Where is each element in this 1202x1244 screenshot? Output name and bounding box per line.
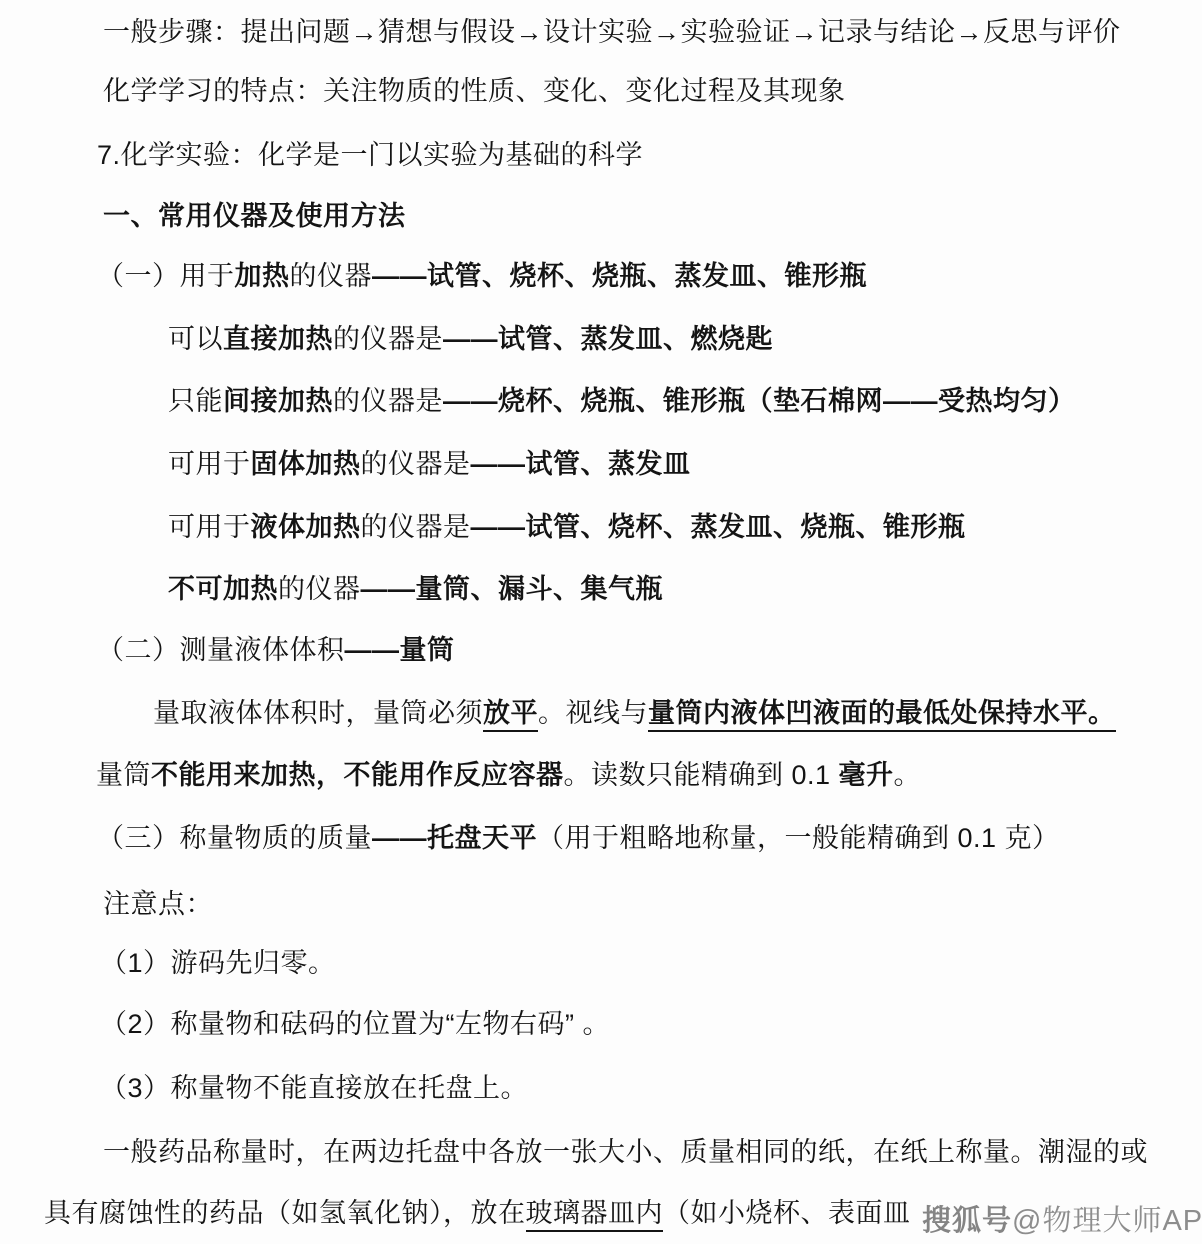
- text-segment: （2）称量物和砝码的位置为“左物右码” 。: [100, 1009, 610, 1039]
- text-segment: 可用于: [168, 512, 251, 542]
- text-segment-bold: 固体加热: [251, 449, 361, 479]
- text-segment: 。视线与: [538, 698, 648, 728]
- text-segment-bold: ——烧杯、烧瓶、锥形瓶（垫石棉网——受热均匀）: [443, 386, 1076, 416]
- text-segment-bold: ——托盘天平: [372, 823, 537, 853]
- text-segment: （三）称量物质的质量: [97, 823, 372, 853]
- text-segment: 的仪器是: [333, 386, 443, 416]
- text-segment-bold: ——试管、蒸发皿、燃烧匙: [443, 324, 773, 354]
- text-segment: 的仪器是: [333, 324, 443, 354]
- text-segment-bold-underline: 量筒内液体凹液面的最低处保持水平。: [648, 698, 1116, 732]
- text-segment-bold: ——试管、烧杯、蒸发皿、烧瓶、锥形瓶: [471, 512, 966, 542]
- text-line: 不可加热的仪器——量筒、漏斗、集气瓶: [168, 572, 663, 606]
- text-segment: 只能: [168, 386, 223, 416]
- text-segment: 。读数只能精确到 0.1: [564, 760, 839, 790]
- text-segment-underline: 玻璃器皿内: [526, 1198, 664, 1232]
- text-line: 可用于液体加热的仪器是——试管、烧杯、蒸发皿、烧瓶、锥形瓶: [168, 510, 966, 544]
- section-heading: 一、常用仪器及使用方法: [103, 199, 406, 233]
- text-segment-bold-underline: 放平: [483, 698, 538, 732]
- text-line: 量取液体体积时，量筒必须放平。视线与量筒内液体凹液面的最低处保持水平。: [153, 696, 1116, 730]
- text-line: （3）称量物不能直接放在托盘上。: [100, 1071, 528, 1105]
- text-segment: 注意点：: [103, 889, 213, 919]
- text-segment: 可以: [168, 324, 223, 354]
- text-line: （二）测量液体体积——量筒: [97, 633, 455, 667]
- text-line: （1）游码先归零。: [100, 946, 336, 980]
- text-segment-bold: 直接加热: [223, 324, 333, 354]
- text-segment-bold: ——试管、烧杯、烧瓶、蒸发皿、锥形瓶: [372, 261, 867, 291]
- text-segment: 的仪器: [278, 574, 361, 604]
- text-segment: （二）测量液体体积: [97, 635, 345, 665]
- text-segment: （如小烧杯、表面皿: [663, 1198, 911, 1228]
- text-segment: 量取液体体积时，量筒必须: [153, 698, 483, 728]
- sohu-watermark: 搜狐号@物理大师APP: [922, 1198, 1202, 1239]
- text-segment: 可用于: [168, 449, 251, 479]
- text-segment: 一般药品称量时，在两边托盘中各放一张大小、质量相同的纸，在纸上称量。潮湿的或: [103, 1137, 1148, 1167]
- text-segment: 7.化学实验：化学是一门以实验为基础的科学: [97, 140, 643, 170]
- text-segment-bold: 毫升: [839, 760, 894, 790]
- text-segment-bold: 不能用来加热，不能用作反应容器: [151, 760, 564, 790]
- text-line: 7.化学实验：化学是一门以实验为基础的科学: [97, 138, 643, 172]
- text-segment: 具有腐蚀性的药品（如氢氧化钠），放在: [44, 1198, 526, 1228]
- text-segment: 一、常用仪器及使用方法: [103, 201, 406, 231]
- text-segment: 的仪器是: [361, 449, 471, 479]
- text-segment: 。: [894, 760, 922, 790]
- text-line: 具有腐蚀性的药品（如氢氧化钠），放在玻璃器皿内（如小烧杯、表面皿: [44, 1196, 911, 1230]
- text-segment: （1）游码先归零。: [100, 948, 336, 978]
- text-line: 一般步骤：提出问题→猜想与假设→设计实验→实验验证→记录与结论→反思与评价: [103, 15, 1121, 49]
- text-segment-bold: ——量筒: [345, 635, 455, 665]
- text-segment-bold: 加热: [235, 261, 290, 291]
- text-line: （2）称量物和砝码的位置为“左物右码” 。: [100, 1007, 610, 1041]
- text-line: 一般药品称量时，在两边托盘中各放一张大小、质量相同的纸，在纸上称量。潮湿的或: [103, 1135, 1148, 1169]
- watermark-brand: 搜狐号: [922, 1205, 1012, 1237]
- document-page: 一般步骤：提出问题→猜想与假设→设计实验→实验验证→记录与结论→反思与评价 化学…: [0, 0, 1202, 1244]
- text-line: 可用于固体加热的仪器是——试管、蒸发皿: [168, 447, 691, 481]
- text-line: 只能间接加热的仪器是——烧杯、烧瓶、锥形瓶（垫石棉网——受热均匀）: [168, 384, 1076, 418]
- text-segment-bold: 间接加热: [223, 386, 333, 416]
- text-line: （一）用于加热的仪器——试管、烧杯、烧瓶、蒸发皿、锥形瓶: [97, 259, 867, 293]
- text-segment: 量筒: [96, 760, 151, 790]
- text-segment: 的仪器是: [361, 512, 471, 542]
- text-segment: 的仪器: [290, 261, 373, 291]
- text-segment: 化学学习的特点：关注物质的性质、变化、变化过程及其现象: [103, 76, 846, 106]
- text-line: 可以直接加热的仪器是——试管、蒸发皿、燃烧匙: [168, 322, 773, 356]
- text-line: 量筒不能用来加热，不能用作反应容器。读数只能精确到 0.1 毫升。: [96, 758, 921, 792]
- text-segment-bold: 不可加热: [168, 574, 278, 604]
- text-segment: 一般步骤：提出问题→猜想与假设→设计实验→实验验证→记录与结论→反思与评价: [103, 17, 1121, 47]
- text-segment-bold: ——试管、蒸发皿: [471, 449, 691, 479]
- text-segment-bold: ——量筒、漏斗、集气瓶: [361, 574, 664, 604]
- text-segment: （一）用于: [97, 261, 235, 291]
- text-segment: （3）称量物不能直接放在托盘上。: [100, 1073, 528, 1103]
- text-line: （三）称量物质的质量——托盘天平（用于粗略地称量，一般能精确到 0.1 克）: [97, 821, 1060, 855]
- text-segment: （用于粗略地称量，一般能精确到 0.1 克）: [537, 823, 1060, 853]
- text-line: 注意点：: [103, 887, 213, 921]
- text-segment-bold: 液体加热: [251, 512, 361, 542]
- watermark-account: @物理大师APP: [1012, 1205, 1202, 1237]
- text-line: 化学学习的特点：关注物质的性质、变化、变化过程及其现象: [103, 74, 846, 108]
